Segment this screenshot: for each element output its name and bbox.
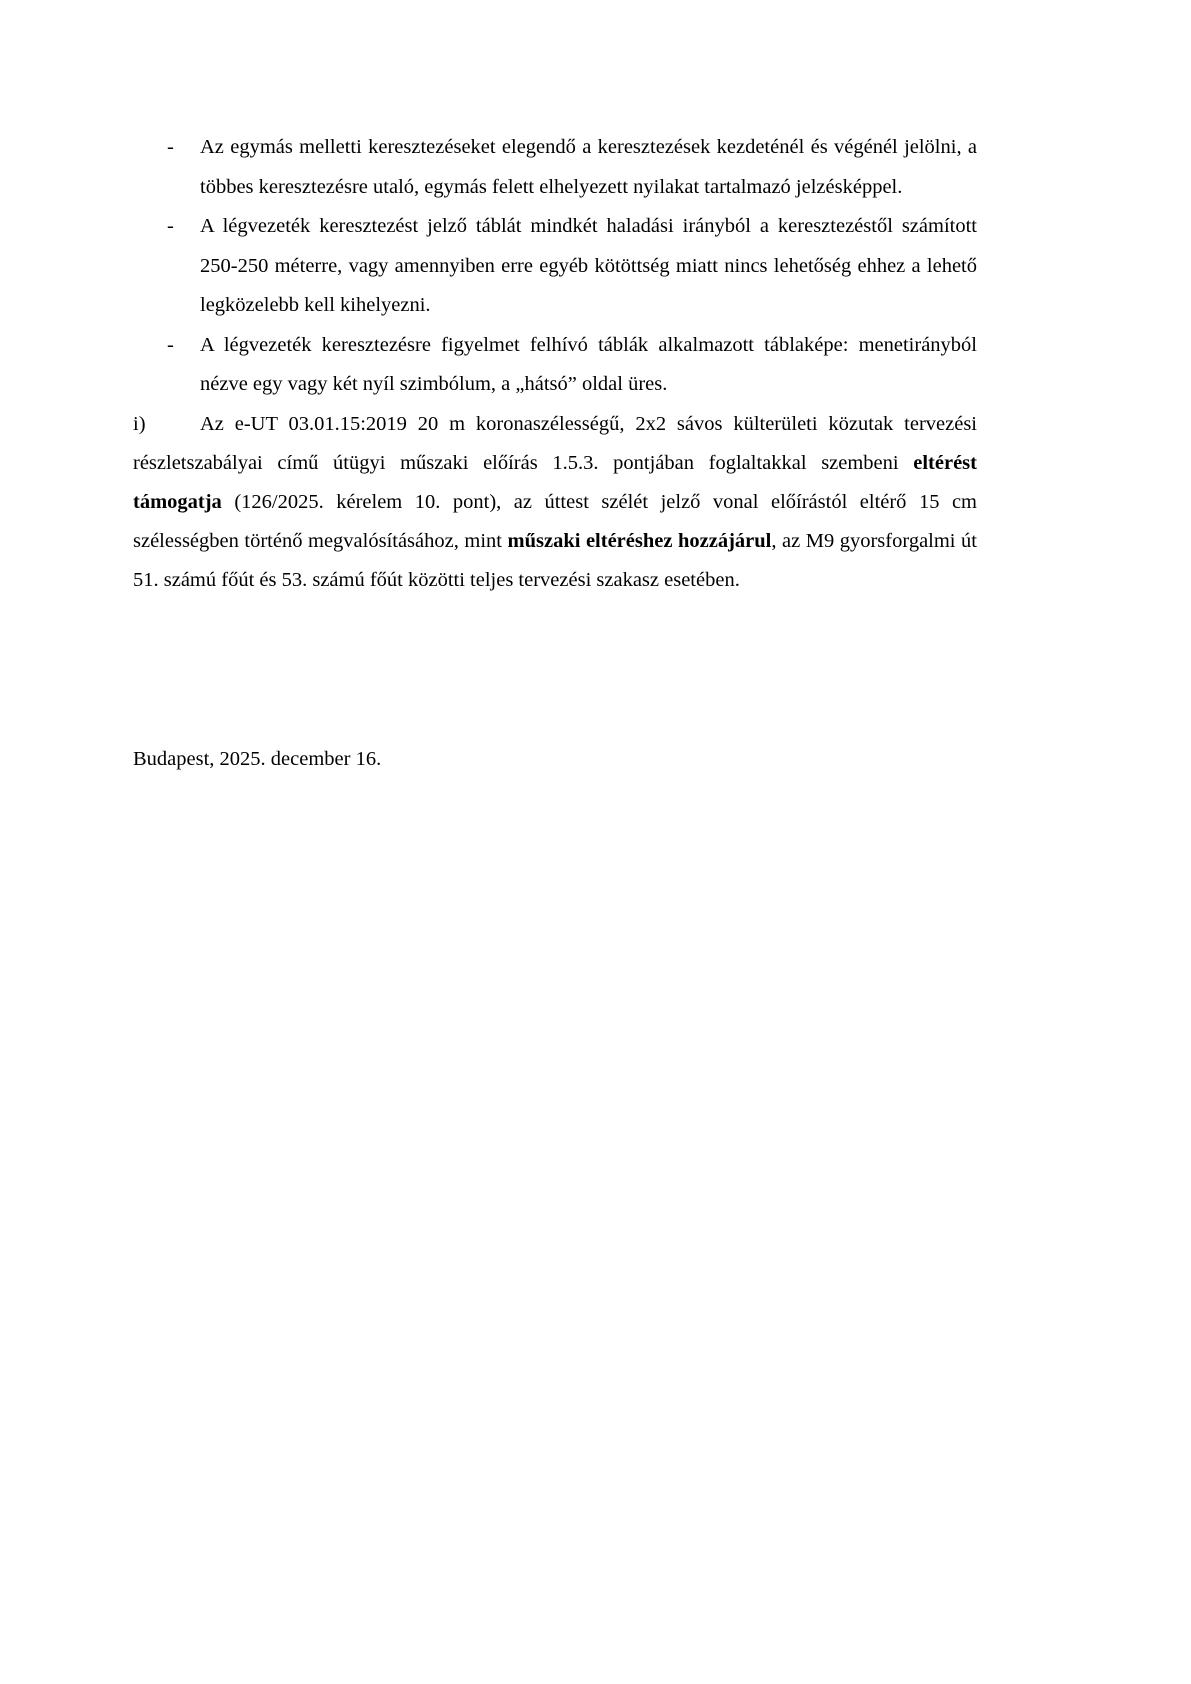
bold-phrase: műszaki eltéréshez hozzájárul [508, 530, 772, 552]
bullet-text: Az egymás melletti keresztezéseket elege… [200, 136, 977, 198]
bullet-text: A légvezeték keresztezésre figyelmet fel… [200, 334, 977, 396]
bullet-marker: - [167, 128, 174, 168]
bullet-marker: - [167, 326, 174, 366]
document-body: - Az egymás melletti keresztezéseket ele… [133, 128, 977, 600]
bullet-item: - Az egymás melletti keresztezéseket ele… [133, 128, 977, 207]
bullet-text: A légvezeték keresztezést jelző táblát m… [200, 215, 977, 316]
bullet-item: - A légvezeték keresztezésre figyelmet f… [133, 326, 977, 405]
paragraph-item-i: i)Az e-UT 03.01.15:2019 20 m koronaszéle… [133, 405, 977, 600]
bullet-item: - A légvezeték keresztezést jelző táblát… [133, 207, 977, 326]
paragraph-text: Az e-UT 03.01.15:2019 20 m koronaszéless… [133, 413, 977, 474]
place-date: Budapest, 2025. december 16. [133, 744, 381, 774]
bullet-marker: - [167, 207, 174, 247]
item-label: i) [133, 405, 200, 444]
